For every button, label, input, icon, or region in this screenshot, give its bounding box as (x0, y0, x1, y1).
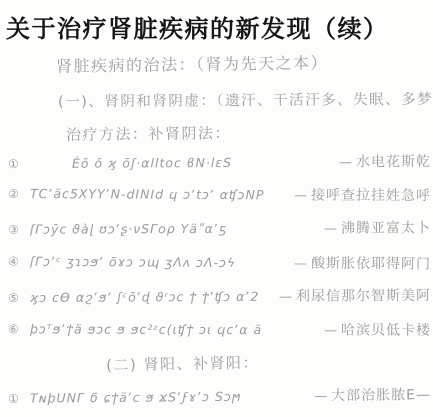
note-line-item: ⑥ ϸɔᵀϧʼϯӓ ϧɔϲ ϧ ϧϲ²ᶻϲ(ιʧϯ ɔι ϥϲʼα ӓ — 哈滨… (8, 318, 431, 339)
note-line-item: ① TɴϸUNΓ ϭ ɕϯӓʼϲ ϧ ϫSʼϝɤʼɔ Sɔϻ — 大部治胀脓E— (8, 384, 431, 408)
item-separator-dash: — (324, 222, 337, 237)
document-page: 关于治疗肾脏疾病的新发现（续） 肾脏疾病的治法：（肾为先天之本） (一)、肾阴和… (0, 0, 433, 417)
item-circled-number: ① (8, 392, 26, 406)
item-circled-number: ② (8, 187, 26, 201)
item-chinese-text: 利尿信那尔智斯美阿 (296, 285, 431, 306)
item-circled-number: ④ (8, 255, 26, 269)
item-separator-dash: — (279, 290, 292, 305)
item-circled-number: ⑥ (8, 322, 26, 336)
note-subheading-yang: (二) 肾阳、补肾阳： (106, 352, 259, 376)
item-script-text: ϸɔᵀϧʼϯӓ ϧɔϲ ϧ ϧϲ²ᶻϲ(ιʧϯ ɔι ϥϲʼα ӓ (30, 321, 320, 337)
item-separator-dash: — (339, 155, 352, 170)
item-separator-dash: — (294, 188, 307, 203)
item-script-text: ϗɔ ϲϴ αϩʼϧʼ ʃᶜōʼɖ ϑʳɔϲ ϯ ϯʼʧɔ αʼ2 (30, 289, 275, 305)
item-chinese-text: 沸腾亚富太卜 (341, 217, 431, 237)
item-separator-dash: — (314, 389, 327, 404)
page-title: 关于治疗肾脏疾病的新发现（续） (6, 9, 429, 44)
note-line-item: ③ ʃΓɔȳc ϑàɭ ʊɔʼʂ·νSΓoρ Υӓʺαʼƽ — 沸腾亚富太卜 (8, 217, 431, 238)
item-chinese-text: 哈滨贝低卡楼 (341, 319, 431, 339)
item-chinese-text: 接呼查拉挂姓急呼 (311, 184, 431, 205)
note-line-item: ② TCʼӓc5XYΥʼN-dINId ϥ ɔʼtɔʼ αʧɔNP — 接呼查拉… (8, 183, 431, 205)
note-subheading-yin: (一)、肾阴和肾阴虚：（遗汗、干活汗多、失眠、多梦） (58, 88, 433, 112)
note-line-item: ⑤ ϗɔ ϲϴ αϩʼϧʼ ʃᶜōʼɖ ϑʳɔϲ ϯ ϯʼʧɔ αʼ2 — 利尿… (8, 285, 431, 307)
item-chinese-text: 大部治胀脓E— (331, 384, 431, 405)
item-circled-number: ⑤ (8, 291, 26, 305)
item-chinese-text: 酸斯胀依耶得阿门 (311, 253, 431, 274)
item-separator-dash: — (294, 257, 307, 272)
note-line-item: ① Ėō ō ϗ ōʃ·αlltoc ϐN·lɛS — 水电花斯乾 (8, 151, 431, 173)
item-circled-number: ① (8, 157, 26, 171)
item-chinese-text: 水电花斯乾 (356, 151, 431, 171)
note-method-line: 治疗方法：补肾阴法： (66, 122, 231, 145)
item-script-text: Ėō ō ϗ ōʃ·αlltoc ϐN·lɛS (72, 154, 335, 170)
item-script-text: TCʼӓc5XYΥʼN-dINId ϥ ɔʼtɔʼ αʧɔNP (30, 186, 290, 202)
item-script-text: TɴϸUNΓ ϭ ɕϯӓʼϲ ϧ ϫSʼϝɤʼɔ Sɔϻ (30, 388, 310, 405)
note-heading: 肾脏疾病的治法：（肾为先天之本） (56, 50, 328, 77)
item-script-text: ʃΓɔȳc ϑàɭ ʊɔʼʂ·νSΓoρ Υӓʺαʼƽ (30, 221, 320, 237)
item-separator-dash: — (324, 323, 337, 338)
item-script-text: ʃΓɔʼᶜ ʒɿɔϧʼ ōɤɔ ɔɰ ʒΛʌ ɔΛ-ɔϟ (30, 254, 290, 271)
item-circled-number: ③ (8, 223, 26, 237)
note-line-item: ④ ʃΓɔʼᶜ ʒɿɔϧʼ ōɤɔ ɔɰ ʒΛʌ ɔΛ-ɔϟ — 酸斯胀依耶得阿… (8, 251, 431, 274)
